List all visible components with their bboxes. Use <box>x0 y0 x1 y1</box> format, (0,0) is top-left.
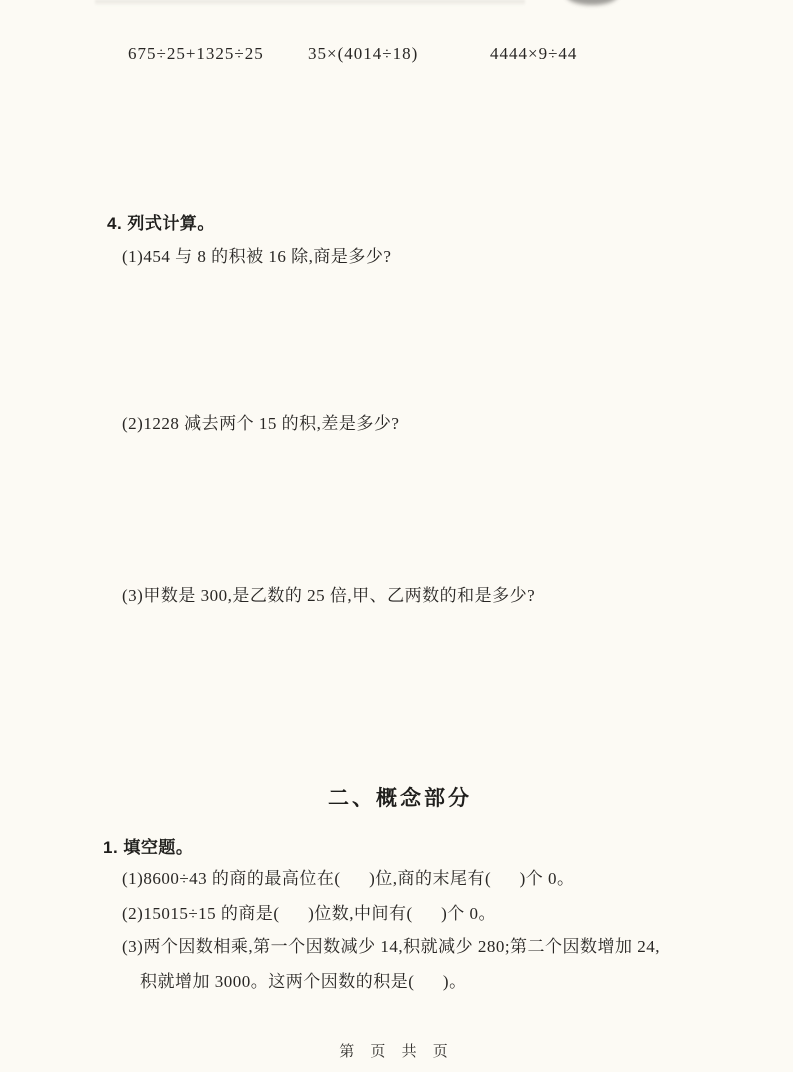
section4-question-1: (1)454 与 8 的积被 16 除,商是多少? <box>122 247 391 267</box>
fill-blanks-question-1: (1)8600÷43 的商的最高位在( )位,商的末尾有( )个 0。 <box>122 869 575 889</box>
fill-blanks-question-3-line2: 积就增加 3000。这两个因数的积是( )。 <box>140 972 467 992</box>
section4-question-2: (2)1228 减去两个 15 的积,差是多少? <box>122 414 399 434</box>
fill-blanks-question-3-line1: (3)两个因数相乘,第一个因数减少 14,积就减少 280;第二个因数增加 24… <box>122 937 660 957</box>
scan-smudge <box>95 0 525 6</box>
fill-blanks-title: 1. 填空题。 <box>103 838 193 858</box>
fill-blanks-question-2: (2)15015÷15 的商是( )位数,中间有( )个 0。 <box>122 904 496 924</box>
section4-title: 4. 列式计算。 <box>107 214 215 234</box>
page-footer: 第 页 共 页 <box>0 1040 793 1061</box>
section4-question-3: (3)甲数是 300,是乙数的 25 倍,甲、乙两数的和是多少? <box>122 586 535 606</box>
oral-expression-1: 675÷25+1325÷25 <box>128 44 264 64</box>
scan-artifact-circle <box>566 0 618 5</box>
concepts-section-title: 二、概念部分 <box>328 786 472 811</box>
worksheet-page: 675÷25+1325÷25 35×(4014÷18) 4444×9÷44 4.… <box>0 0 793 1072</box>
oral-expression-3: 4444×9÷44 <box>490 44 577 64</box>
oral-expression-2: 35×(4014÷18) <box>308 44 418 64</box>
